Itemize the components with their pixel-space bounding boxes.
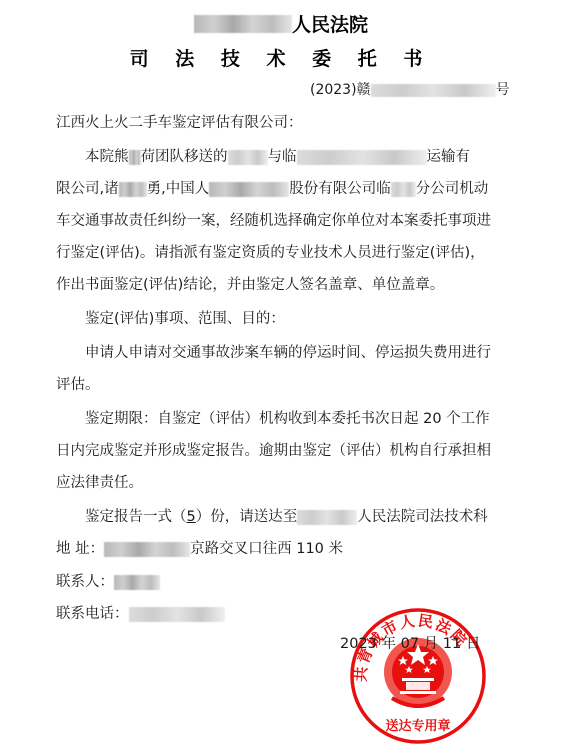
text: ）份，请送达至 <box>196 509 298 525</box>
redacted <box>209 182 289 197</box>
court-name-heading: 人民法院 <box>0 10 562 37</box>
copies-count: 5 <box>187 509 196 525</box>
text: 鉴定报告一式（ <box>85 509 187 525</box>
issue-date: 2023 年 07 月 11 日 <box>340 632 480 653</box>
redacted <box>228 150 268 165</box>
text: 勇,中国人 <box>147 181 210 197</box>
body-line: 限公司,诸勇,中国人股份有限公司临分公司机动 <box>56 179 488 199</box>
redacted-court-prefix <box>194 15 292 33</box>
redacted-contact <box>114 575 160 590</box>
body-line: 鉴定期限：自鉴定（评估）机构收到本委托书次日起 20 个工作 <box>85 409 490 429</box>
redacted <box>297 150 427 165</box>
text: 限公司,诸 <box>56 181 119 197</box>
body-line: 行鉴定(评估)。请指派有鉴定资质的专业技术人员进行鉴定(评估)， <box>56 243 485 263</box>
body-line: 车交通事故责任纠纷一案，经随机选择确定你单位对本案委托事项进 <box>56 211 491 231</box>
redacted-phone <box>129 607 225 622</box>
contact-label: 联系人： <box>56 574 114 590</box>
address-label: 地 址： <box>56 541 104 557</box>
text: 与临 <box>268 149 297 165</box>
text: 人民法院司法技术科 <box>357 509 488 525</box>
redacted <box>297 510 357 525</box>
seal-bottom-text: 送达专用章 <box>385 718 450 734</box>
body-line: 本院熊荷团队移送的与临运输有 <box>85 147 470 167</box>
address-value: 京路交叉口往西 110 米 <box>190 541 343 557</box>
redacted <box>119 182 147 197</box>
body-line: 应法律责任。 <box>56 473 143 493</box>
text: 分公司机动 <box>416 181 489 197</box>
redacted-case-number <box>371 84 496 97</box>
redacted <box>391 182 416 197</box>
case-number-prefix: (2023)赣 <box>310 82 371 98</box>
case-number: (2023)赣号 <box>310 79 510 99</box>
court-name-text: 人民法院 <box>292 14 368 36</box>
phone-line: 联系电话： <box>56 604 225 624</box>
address-line: 地 址：京路交叉口往西 110 米 <box>56 539 343 559</box>
body-line: 鉴定报告一式（5）份，请送达至人民法院司法技术科 <box>85 507 488 527</box>
section-heading: 鉴定(评估)事项、范围、目的： <box>85 309 285 329</box>
redacted-address <box>104 542 190 557</box>
body-line: 日内完成鉴定并形成鉴定报告。逾期由鉴定（评估）机构自行承担相 <box>56 441 491 461</box>
court-seal-icon: 共青城市人民法院 送达专用章 <box>348 606 488 746</box>
text: 股份有限公司临 <box>289 181 391 197</box>
document-title: 司 法 技 术 委 托 书 <box>0 44 562 71</box>
case-number-suffix: 号 <box>496 82 510 98</box>
phone-label: 联系电话： <box>56 606 129 622</box>
redacted <box>129 150 141 165</box>
text: 运输有 <box>427 149 471 165</box>
addressee: 江西火上火二手车鉴定评估有限公司： <box>56 113 303 133</box>
body-line: 申请人申请对交通事故涉案车辆的停运时间、停运损失费用进行 <box>85 343 491 363</box>
text: 荷团队移送的 <box>141 149 228 165</box>
contact-line: 联系人： <box>56 572 160 592</box>
text: 本院熊 <box>85 149 129 165</box>
body-line: 评估。 <box>56 375 100 395</box>
body-line: 作出书面鉴定(评估)结论，并由鉴定人签名盖章、单位盖章。 <box>56 275 444 295</box>
